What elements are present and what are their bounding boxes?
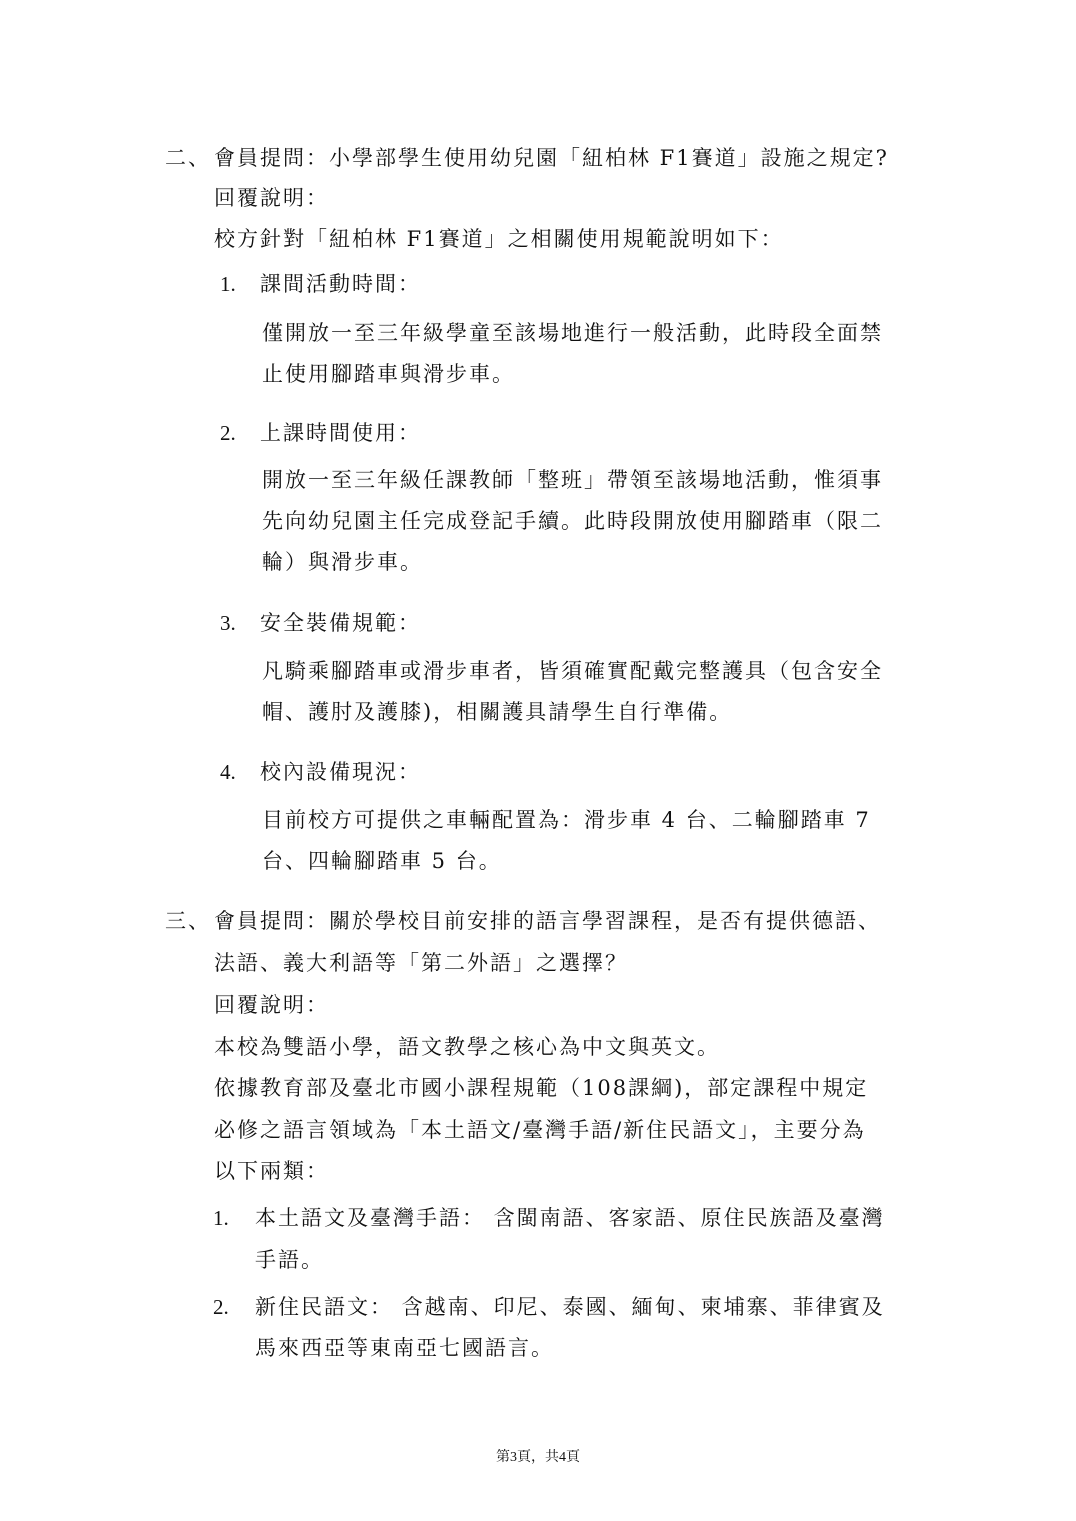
section-3-reply-label: 回覆說明： <box>214 990 329 1020</box>
section-2-intro: 校方針對「紐柏林 F1賽道」之相關使用規範說明如下： <box>214 224 784 254</box>
section-3-body-line-4: 以下兩類： <box>214 1156 329 1186</box>
section-3-item-1-number: 1. <box>213 1203 229 1233</box>
section-2-item-4-number: 4. <box>220 757 236 787</box>
section-2-item-4-title: 校內設備現況： <box>260 757 421 787</box>
section-3-item-1-line-2: 手語。 <box>255 1245 324 1275</box>
page-indicator: 第3頁，共4頁 <box>0 1446 1076 1466</box>
section-3-item-2-line-2: 馬來西亞等東南亞七國語言。 <box>255 1333 554 1363</box>
section-2-item-2-number: 2. <box>220 418 236 448</box>
section-2-item-1-number: 1. <box>220 269 236 299</box>
section-2-reply-label: 回覆說明： <box>214 183 329 213</box>
section-2-item-2-title: 上課時間使用： <box>260 418 421 448</box>
section-2-item-4-line-2: 台、四輪腳踏車 5 台。 <box>262 846 502 876</box>
section-3-item-2-line-1: 新住民語文： 含越南、印尼、泰國、緬甸、柬埔寨、菲律賓及 <box>255 1292 885 1322</box>
section-2-question: 會員提問：小學部學生使用幼兒園「紐柏林 F1賽道」設施之規定? <box>214 143 889 173</box>
section-2-item-1-title: 課間活動時間： <box>260 269 421 299</box>
section-3-body-line-2: 依據教育部及臺北市國小課程規範（108課綱)，部定課程中規定 <box>214 1073 868 1103</box>
section-2-item-1-line-1: 僅開放一至三年級學童至該場地進行一般活動，此時段全面禁 <box>262 318 883 348</box>
section-3-question-line-2: 法語、義大利語等「第二外語」之選擇？ <box>214 948 628 978</box>
section-3-item-1-line-1: 本土語文及臺灣手語： 含閩南語、客家語、原住民族語及臺灣 <box>255 1203 885 1233</box>
section-3-body-line-1: 本校為雙語小學，語文教學之核心為中文與英文。 <box>214 1032 720 1062</box>
section-2-item-2-line-1: 開放一至三年級任課教師「整班」帶領至該場地活動，惟須事 <box>262 465 883 495</box>
section-3-body-line-3: 必修之語言領域為「本土語文/臺灣手語/新住民語文」，主要分為 <box>214 1115 866 1145</box>
section-2-item-2-line-2: 先向幼兒園主任完成登記手續。此時段開放使用腳踏車（限二 <box>262 506 883 536</box>
section-3-item-2-number: 2. <box>213 1292 229 1322</box>
section-2-item-3-title: 安全裝備規範： <box>260 608 421 638</box>
section-3-question-line-1: 會員提問：關於學校目前安排的語言學習課程，是否有提供德語、 <box>214 906 881 936</box>
section-2-item-3-number: 3. <box>220 608 236 638</box>
section-2-item-1-line-2: 止使用腳踏車與滑步車。 <box>262 359 515 389</box>
section-2-item-3-line-1: 凡騎乘腳踏車或滑步車者，皆須確實配戴完整護具（包含安全 <box>262 656 883 686</box>
section-2-marker: 二、 <box>165 143 211 173</box>
section-2-item-2-line-3: 輪）與滑步車。 <box>262 547 423 577</box>
section-2-item-4-line-1: 目前校方可提供之車輛配置為：滑步車 4 台、二輪腳踏車 7 <box>262 805 871 835</box>
section-3-marker: 三、 <box>165 906 211 936</box>
section-2-item-3-line-2: 帽、護肘及護膝)，相關護具請學生自行準備。 <box>262 697 732 727</box>
